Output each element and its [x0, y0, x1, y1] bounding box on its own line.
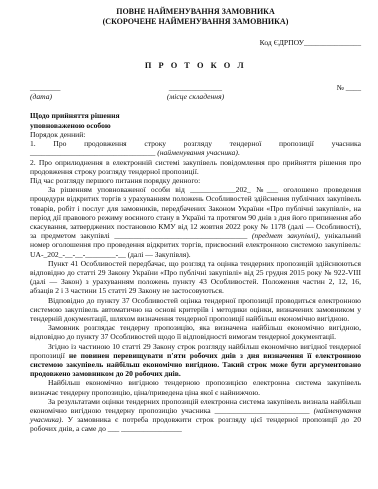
protocol-number-field: № ____ — [266, 83, 361, 92]
place-caption: (місце складення) — [125, 93, 266, 102]
body-paragraph-2: Пункт 41 Особливостей передбачає, що роз… — [30, 259, 361, 296]
body-paragraph-6: Найбільш економічно вигідною тендерною п… — [30, 378, 361, 396]
section-intro: Під час розгляду першого питання порядку… — [30, 176, 361, 185]
org-name-block: ПОВНЕ НАЙМЕНУВАННЯ ЗАМОВНИКА (СКОРОЧЕНЕ … — [30, 7, 361, 27]
body-paragraph-3: Відповідно до пункту 37 Особливостей оці… — [30, 296, 361, 324]
date-caption: (дата) — [30, 93, 125, 102]
subject-line-2: уповноваженою особою — [30, 121, 361, 130]
place-field: ______________ (місце складення) — [125, 83, 266, 101]
agenda-item-2: 2. Про оприлюднення в електронній систем… — [30, 158, 361, 176]
subject-heading: Щодо прийняття рішення уповноваженою осо… — [30, 111, 361, 130]
meta-row: ________ (дата) ______________ (місце ск… — [30, 83, 361, 101]
org-full-name: ПОВНЕ НАЙМЕНУВАННЯ ЗАМОВНИКА — [30, 7, 361, 17]
agenda-heading: Порядок денний: — [30, 130, 361, 139]
body-paragraph-5: Згідно із частиною 10 статті 29 Закону с… — [30, 342, 361, 379]
agenda-item-1: 1. Про продовження строку розгляду тенде… — [30, 139, 361, 157]
body-paragraph-1: За рішенням уповноваженої особи від ____… — [30, 185, 361, 259]
edrpou-field: Код ЄДРПОУ_______________ — [30, 38, 361, 47]
subject-line-1: Щодо прийняття рішення — [30, 111, 361, 120]
document-title: П Р О Т О К О Л — [30, 61, 361, 70]
org-short-name: (СКОРОЧЕНЕ НАЙМЕНУВАННЯ ЗАМОВНИКА) — [30, 17, 361, 27]
body-paragraph-7: За результатами оцінки тендерних пропози… — [30, 397, 361, 434]
date-field: ________ (дата) — [30, 83, 125, 101]
body-paragraph-4: Замовник розглядає тендерну пропозицію, … — [30, 323, 361, 341]
protocol-document-page: ПОВНЕ НАЙМЕНУВАННЯ ЗАМОВНИКА (СКОРОЧЕНЕ … — [0, 0, 378, 489]
